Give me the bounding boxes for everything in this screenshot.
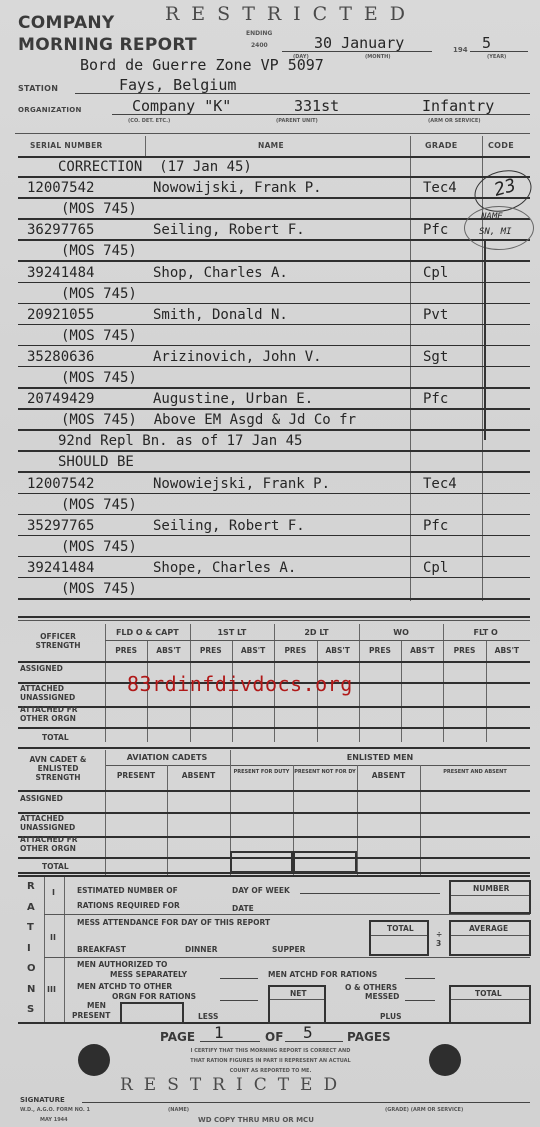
rations-letter: A [27,902,35,913]
table-row: CORRECTION (17 Jan 45) [18,157,530,178]
org-parent-value: 331st [294,97,339,115]
officer-group-header: 1ST LT [190,628,275,637]
officer-sub-header: ABS'T [317,646,359,655]
total-label: TOTAL [387,924,414,933]
date-value: 30 January [314,34,404,52]
date-field: 30 January [282,34,432,52]
signature-label: SIGNATURE [20,1096,65,1105]
table-row: (MOS 745) [18,284,530,305]
name-cell: (MOS 745) Above EM Asgd & Jd Co fr [61,412,356,428]
rations-letter: I [27,943,31,954]
name-cell: SHOULD BE [58,454,134,470]
grade-cell: Pfc [423,222,448,238]
row-divider [18,727,530,729]
enlisted-col-header: PRESENT AND ABSENT [420,769,530,776]
name-cell: (MOS 745) [61,328,137,344]
grade-cell: Pfc [423,518,448,534]
table-row: 20749429Augustine, Urban E.Pfc [18,389,530,410]
org-company-value: Company "K" [132,97,231,115]
row-divider [44,914,530,915]
month-sublabel: (MONTH) [365,54,391,60]
name-cell: (MOS 745) [61,581,137,597]
ending-label: ENDING [246,30,272,37]
grade-cell: Cpl [423,265,448,281]
col-divider [64,877,65,1022]
year-sublabel: (YEAR) [487,54,506,60]
table-row: (MOS 745) [18,326,530,347]
of-label: OF [265,1030,283,1044]
name-cell: CORRECTION (17 Jan 45) [58,159,252,175]
net-box[interactable]: NET [268,985,326,1024]
certify-line-3: COUNT AS REPORTED TO ME. [148,1068,393,1074]
page-num-field: 1 [200,1027,260,1042]
parent-sublabel: (PARENT UNIT) [276,118,318,124]
number-label: NUMBER [473,884,509,893]
serial-number-cell: 35280636 [27,349,94,365]
name-cell: Seiling, Robert F. [153,222,305,238]
name-cell: (MOS 745) [61,370,137,386]
serial-number-cell: 12007542 [27,476,94,492]
table-row: 12007542Nowowiejski, Frank P.Tec4 [18,474,530,495]
header-serial-number: SERIAL NUMBER [30,141,103,150]
sec3-auth1: MEN AUTHORIZED TO [77,960,167,969]
col-divider [420,765,421,875]
grade-cell: Cpl [423,560,448,576]
table-row: 36297765Seiling, Robert F.Pfc [18,220,530,241]
sec3-present1: MEN [87,1001,106,1010]
divide-by-three: ÷ 3 [436,930,446,948]
section-rule [18,616,530,618]
row-divider [18,790,530,792]
enlisted-row-label: TOTAL [42,862,122,871]
serial-number-cell: 20921055 [27,307,94,323]
restricted-stamp-top: RESTRICTED [165,3,417,25]
table-row: 20921055Smith, Donald N.Pvt [18,305,530,326]
name-cell: 92nd Repl Bn. as of 17 Jan 45 [58,433,302,449]
grade-cell: Sgt [423,349,448,365]
enlisted-col-header: ABSENT [357,772,420,779]
enlisted-col-header: PRESENT [105,772,167,779]
name-annotation-line1: NAME [481,212,503,222]
sec1-text2: RATIONS REQUIRED FOR [77,901,180,910]
table-row: (MOS 745) [18,579,530,600]
page-label: PAGE [160,1030,195,1044]
divider [451,895,529,896]
name-annotation-line2: SN, MI [479,227,512,237]
name-cell: Augustine, Urban E. [153,391,313,407]
name-cell: (MOS 745) [61,201,137,217]
form-title-company: COMPANY [18,12,115,34]
copy-note: WD COPY THRU MRU OR MCU [198,1116,314,1124]
sec3-other2: ORGN FOR RATIONS [112,992,196,1001]
table-row: 39241484Shop, Charles A.Cpl [18,263,530,284]
row-rule [18,598,530,600]
sec2-dinner: DINNER [185,945,217,954]
table-row: 35297765Seiling, Robert F.Pfc [18,516,530,537]
row-divider [18,661,530,663]
table-row: 35280636Arizinovich, John V.Sgt [18,347,530,368]
year-field: 5 [470,34,528,52]
serial-number-cell: 35297765 [27,518,94,534]
serial-number-cell: 20749429 [27,391,94,407]
table-row: SHOULD BE [18,452,530,473]
col-divider [145,136,146,156]
punch-hole-left [78,1044,110,1076]
officer-group-header: FLT O [443,628,528,637]
form-title-morning-report: MORNING REPORT [18,34,197,56]
rations-letter: R [27,881,35,892]
enlisted-col-header: ABSENT [167,772,230,779]
restricted-stamp-bottom: RESTRICTED [120,1075,348,1095]
officer-sub-header: PRES [443,646,485,655]
name-cell: Smith, Donald N. [153,307,288,323]
grade-cell: Pfc [423,391,448,407]
day-of-week-field[interactable] [300,884,440,894]
table-row: 39241484Shope, Charles A.Cpl [18,558,530,579]
station-value: Fays, Belgium [119,76,236,94]
table-row: (MOS 745) [18,199,530,220]
year-value: 5 [482,34,491,52]
signature-field[interactable] [82,1094,530,1103]
morning-report-page: RESTRICTED COMPANY MORNING REPORT ENDING… [0,0,540,1127]
average-label: AVERAGE [469,924,508,933]
officer-sub-header: PRES [105,646,147,655]
average-box[interactable]: AVERAGE [449,920,531,956]
officer-row-label: TOTAL [42,733,122,742]
organization-label: ORGANIZATION [18,106,82,114]
table-row: 12007542Nowowijski, Frank P.Tec4 [18,178,530,199]
table-row: (MOS 745) [18,495,530,516]
location-line: Bord de Guerre Zone VP 5097 [80,56,324,74]
officer-sub-header: PRES [359,646,401,655]
sec3-total-label: TOTAL [475,989,502,998]
bracket-line [484,240,486,440]
name-cell: Seiling, Robert F. [153,518,305,534]
sec3-messed1: O & OTHERS [345,983,397,992]
col-divider [357,765,358,875]
rations-letter: S [27,1004,34,1015]
enlisted-men-header: ENLISTED MEN [230,753,530,762]
row-divider [105,640,530,641]
enlisted-row-label: ATTACHED FR OTHER ORGN [20,835,100,853]
name-sublabel: (NAME) [168,1107,189,1113]
officer-sub-header: ABS'T [486,646,528,655]
name-cell: Nowowiejski, Frank P. [153,476,330,492]
sec3-other1: MEN ATCHD TO OTHER [77,982,172,991]
officer-sub-header: PRES [274,646,316,655]
name-cell: Arizinovich, John V. [153,349,322,365]
atchd-rations-field[interactable] [405,970,435,979]
other-orgn-field[interactable] [220,992,258,1001]
name-cell: Nowowijski, Frank P. [153,180,322,196]
co-sublabel: (CO. DET. ETC.) [128,118,170,124]
enlisted-row-label: ATTACHED UNASSIGNED [20,814,100,832]
serial-number-cell: 39241484 [27,560,94,576]
page-total-value: 5 [303,1023,313,1042]
grade-cell: Tec4 [423,180,457,196]
officer-sub-header: ABS'T [232,646,274,655]
divider [451,999,529,1000]
sec1-text1: ESTIMATED NUMBER OF [77,886,178,895]
name-cell: Shope, Charles A. [153,560,296,576]
officer-row-label: ATTACHED UNASSIGNED [20,684,100,702]
grade-cell: Pvt [423,307,448,323]
rations-letter: N [27,984,35,995]
sec2-breakfast: BREAKFAST [77,945,126,954]
sec3-present2: PRESENT [72,1011,110,1020]
number-box[interactable]: NUMBER [449,880,531,914]
total-present-not-for-duty-box [293,851,357,873]
rations-letter: O [27,963,36,974]
name-annotation-circle: NAME SN, MI [464,206,534,250]
row-divider [44,957,530,958]
total-present-for-duty-box [230,851,293,873]
enlisted-strength-label: AVN CADET & ENLISTED STRENGTH [28,755,88,782]
serial-number-cell: 12007542 [27,180,94,196]
ending-time: 2400 [251,42,268,49]
officer-group-header: WO [359,628,444,637]
officer-group-header: 2D LT [274,628,359,637]
org-arm-value: Infantry [422,97,494,115]
sec1-date: DATE [232,904,254,913]
name-cell: (MOS 745) [61,539,137,555]
officer-group-header: FLD O & CAPT [105,628,190,637]
officer-row-label: ATTACHED FR OTHER ORGN [20,705,100,723]
name-cell: (MOS 745) [61,243,137,259]
pages-label: PAGES [347,1030,391,1044]
sec1-num: I [52,888,55,897]
table-row: (MOS 745) [18,241,530,262]
header-grade: GRADE [425,141,458,150]
net-label: NET [290,989,307,998]
certify-line-1: I CERTIFY THAT THIS MORNING REPORT IS CO… [148,1048,393,1054]
arm-sublabel: (ARM OR SERVICE) [428,118,481,124]
divider [15,133,530,134]
officer-sub-header: ABS'T [147,646,189,655]
officer-row-label: ASSIGNED [20,664,100,673]
header-code: CODE [488,141,514,150]
messed-field[interactable] [405,992,435,1001]
divider [371,935,427,936]
page-num-value: 1 [214,1023,224,1042]
form-date: MAY 1944 [40,1117,68,1123]
officer-strength-label: OFFICER STRENGTH [28,632,88,650]
table-row: 92nd Repl Bn. as of 17 Jan 45 [18,431,530,452]
aviation-cadets-header: AVIATION CADETS [105,753,229,762]
rations-top-rule [18,875,530,877]
serial-number-cell: 39241484 [27,265,94,281]
table-row: (MOS 745) [18,368,530,389]
header-name: NAME [258,141,284,150]
section-rule [18,620,530,621]
sec3-atchd: MEN ATCHD FOR RATIONS [268,970,377,979]
total-box[interactable]: TOTAL [369,920,429,956]
sec2-supper: SUPPER [272,945,305,954]
station-field: Fays, Belgium [75,78,530,94]
sec3-less: LESS [198,1012,218,1021]
name-cell: (MOS 745) [61,286,137,302]
officer-sub-header: ABS'T [401,646,443,655]
divider [270,999,324,1000]
officer-sub-header: PRES [190,646,232,655]
enlisted-row-label: ASSIGNED [20,794,100,803]
sec3-auth2: MESS SEPARATELY [110,970,187,979]
form-number: W.D., A.G.O. FORM NO. 1 [20,1107,90,1113]
grade-sublabel: (GRADE) (ARM OR SERVICE) [385,1107,463,1113]
divider [451,935,529,936]
grade-cell: Tec4 [423,476,457,492]
year-prefix: 194 [453,46,468,54]
sec3-plus: PLUS [380,1012,402,1021]
watermark-text: 83rdinfdivdocs.org [127,672,353,696]
certify-line-2: THAT RATION FIGURES IN PART II REPRESENT… [148,1058,393,1064]
table-row: (MOS 745) [18,537,530,558]
sec2-text: MESS ATTENDANCE FOR DAY OF THIS REPORT [77,918,270,927]
sec1-day: DAY OF WEEK [232,886,290,895]
sec3-total-box[interactable]: TOTAL [449,985,531,1024]
sec3-messed2: MESSED [365,992,399,1001]
col-divider [167,765,168,875]
row-divider [18,747,530,749]
enlisted-col-header: PRESENT FOR DUTY [230,769,293,776]
enlisted-col-header: PRESENT NOT FOR DY [293,769,357,776]
name-cell: (MOS 745) [61,497,137,513]
organization-field: Company "K" 331st Infantry [112,98,530,115]
table-row: (MOS 745) Above EM Asgd & Jd Co fr [18,410,530,431]
code-annotation-value: 23 [492,175,518,201]
sec3-num: III [47,985,56,994]
punch-hole-right [429,1044,461,1076]
men-present-box[interactable] [120,1002,184,1024]
col-divider [44,877,45,1022]
row-divider [105,765,530,766]
station-label: STATION [18,84,58,93]
mess-separately-field[interactable] [220,970,258,979]
sec2-num: II [50,933,56,942]
rations-letter: T [27,922,34,933]
serial-number-cell: 36297765 [27,222,94,238]
page-total-field: 5 [285,1027,343,1042]
name-cell: Shop, Charles A. [153,265,288,281]
